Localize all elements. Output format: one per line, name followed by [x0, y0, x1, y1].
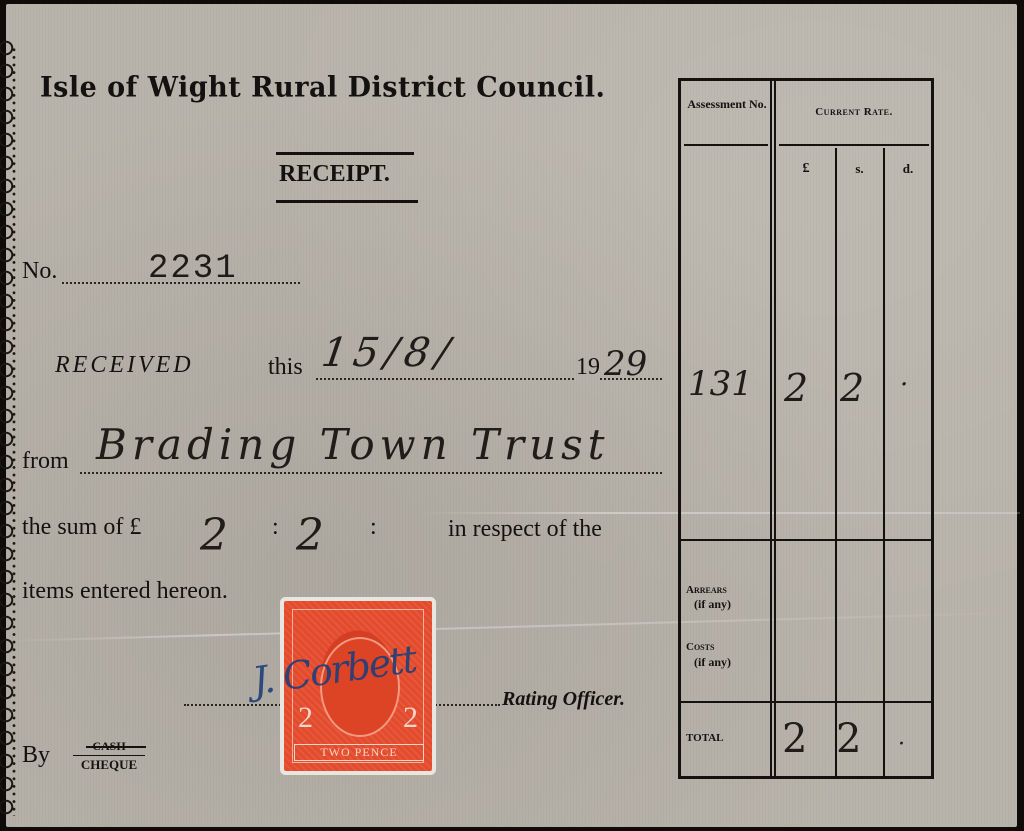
receipt-heading: RECEIPT. [279, 161, 390, 188]
council-title: Isle of Wight Rural District Council. [40, 71, 605, 104]
stamp-value-right: 2 [403, 701, 418, 735]
table-double-rule [770, 80, 772, 776]
section-rule [680, 539, 932, 541]
date-line [316, 378, 574, 380]
assessment-number: 131 [688, 364, 753, 404]
total-rule [680, 701, 932, 703]
total-label: TOTAL [686, 732, 756, 744]
sum-shillings: 2 [296, 510, 324, 561]
header-rule [779, 144, 929, 146]
total-shillings: 2 [836, 716, 861, 762]
current-pence: · [900, 370, 908, 400]
cash-strikethrough [86, 746, 146, 748]
payment-divider [73, 755, 145, 756]
from-label: from [22, 448, 69, 475]
officer-label: Rating Officer. [502, 688, 625, 711]
year-prefix: 19 [576, 354, 600, 381]
header-rule [684, 144, 768, 146]
arrears-sub: (if any) [694, 597, 754, 612]
column-rule [883, 148, 885, 776]
assessment-header: Assessment No. [682, 98, 772, 111]
items-label: items entered hereon. [22, 578, 228, 605]
sum-separator: : [272, 514, 279, 541]
payer-name: Brading Town Trust [96, 420, 610, 469]
received-label: RECEIVED [55, 352, 194, 379]
payment-cheque: CHEQUE [73, 757, 145, 773]
pence-header: d. [884, 161, 932, 177]
table-border-right [931, 78, 934, 779]
from-line [80, 472, 662, 474]
table-border-bottom [678, 776, 934, 779]
this-label: this [268, 354, 303, 381]
current-pounds: 2 [784, 366, 808, 410]
stamp-denomination: TWO PENCE [294, 744, 424, 761]
title-rule-top [276, 152, 414, 155]
title-rule-bottom [276, 200, 418, 203]
received-date: 15/8/ [319, 330, 459, 376]
paper-fold [420, 512, 1020, 514]
sum-label: the sum of £ [22, 514, 141, 541]
pounds-header: £ [776, 161, 836, 177]
year-suffix: 29 [604, 344, 647, 384]
perforation-dots [12, 46, 16, 816]
number-label: No. [22, 258, 57, 285]
table-double-rule [774, 80, 776, 776]
costs-sub: (if any) [694, 655, 754, 670]
current-rate-header: Current Rate. [776, 106, 932, 118]
shillings-header: s. [836, 161, 883, 177]
sum-pounds: 2 [200, 510, 228, 561]
stamp-value-left: 2 [298, 701, 313, 735]
current-shillings: 2 [840, 366, 864, 410]
respect-label: in respect of the [448, 516, 602, 543]
total-pounds: 2 [782, 716, 807, 762]
arrears-label: Arrears [686, 584, 756, 596]
costs-label: Costs [686, 641, 756, 653]
table-border-top [678, 78, 934, 81]
sum-separator: : [370, 514, 377, 541]
receipt-number: 2231 [148, 250, 238, 288]
total-pence: · [898, 732, 905, 757]
by-label: By [22, 742, 50, 769]
table-border-left [678, 78, 681, 779]
column-rule [835, 148, 837, 776]
